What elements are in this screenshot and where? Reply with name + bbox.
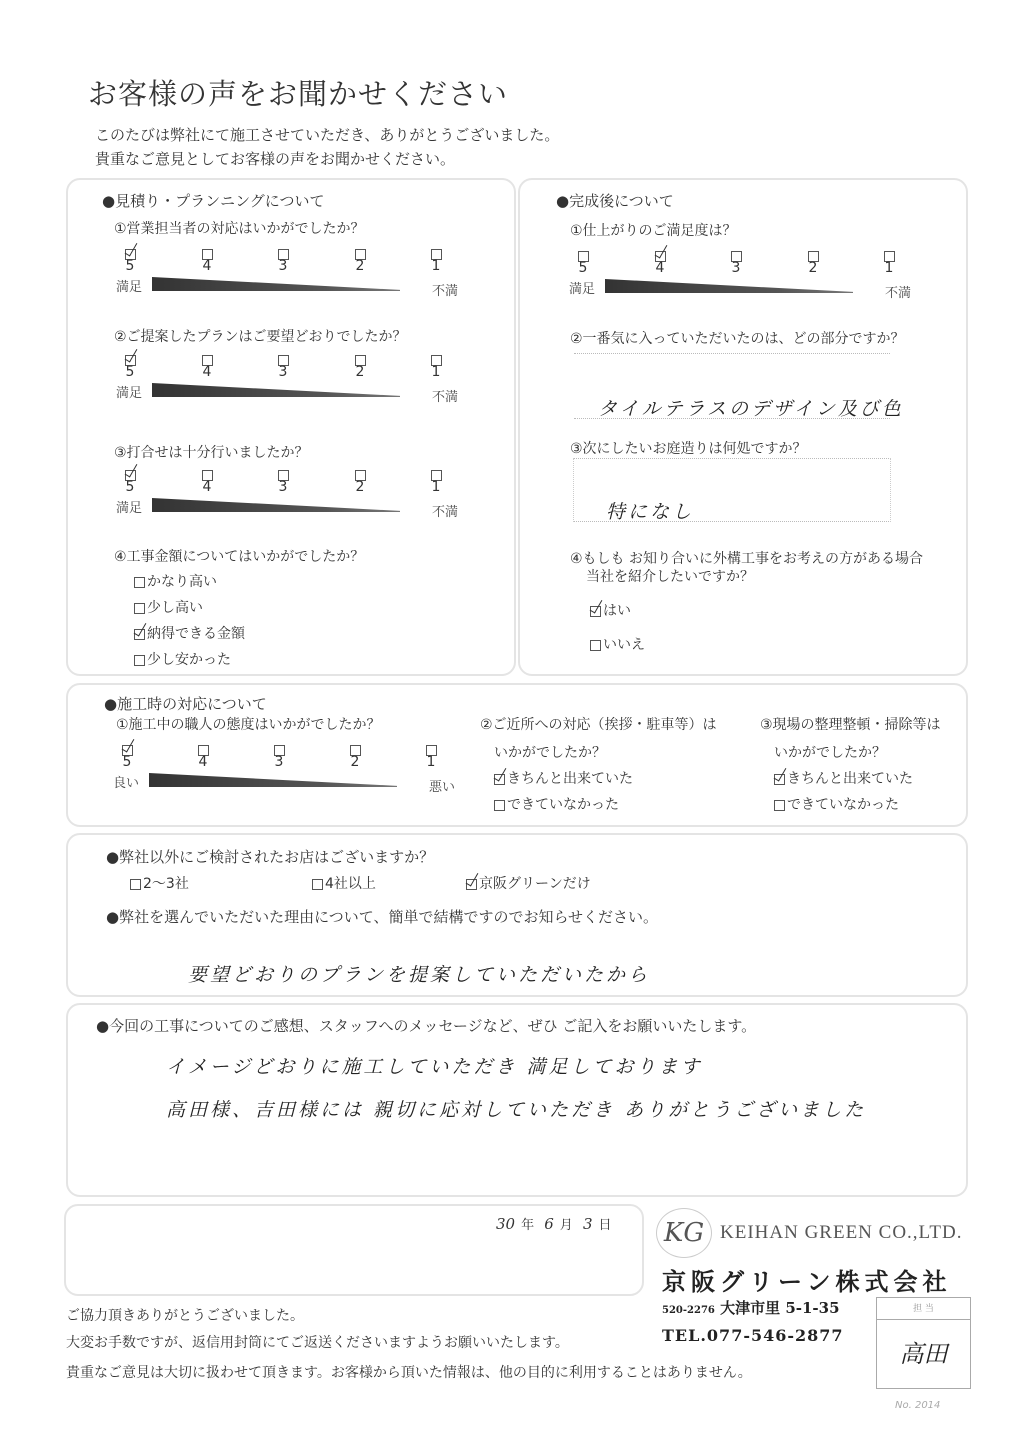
estimate-q1-scale: 5 4 3 2 1 満足 不満 (120, 244, 450, 304)
scale-label-unsatisfied: 不満 (432, 386, 458, 405)
rating-number: 2 (350, 258, 370, 274)
price-option-very-high[interactable]: かなり高い (134, 571, 217, 591)
company-logo-mark: KG (656, 1208, 712, 1258)
rating-number: 1 (879, 260, 899, 276)
estimate-q3-label: ③打合せは十分行いましたか？ (114, 442, 309, 462)
checkbox[interactable] (494, 800, 505, 811)
scale-gradient-wedge (149, 773, 397, 787)
checkbox[interactable] (494, 774, 505, 785)
date-year: 30 (496, 1215, 515, 1233)
scale-label-unsatisfied: 不満 (885, 282, 911, 301)
rating-number: 5 (117, 754, 137, 770)
checkbox[interactable] (134, 603, 145, 614)
scale-label-satisfied: 満足 (116, 497, 142, 516)
company-logo-text: KEIHAN GREEN CO.,LTD. (720, 1222, 962, 1244)
scale-gradient-wedge (152, 383, 400, 397)
checkbox[interactable] (134, 577, 145, 588)
completion-q2-label: ②一番気に入っていただいたのは、どの部分ですか？ (570, 328, 905, 348)
checkbox[interactable] (130, 879, 141, 890)
rating-number: 2 (345, 754, 365, 770)
referral-option-yes[interactable]: はい (590, 600, 631, 620)
favorite-part-answer: タイルテラスのデザイン及び色 (598, 394, 904, 421)
scale-label-satisfied: 満足 (116, 382, 142, 401)
rating-number: 5 (120, 479, 140, 495)
checkbox[interactable] (774, 774, 785, 785)
rating-number: 3 (269, 754, 289, 770)
footer-privacy: 貴重なご意見は大切に扱わせて頂きます。お客様から頂いた情報は、他の目的に利用する… (66, 1362, 752, 1382)
rating-number: 3 (726, 260, 746, 276)
rating-number: 1 (426, 258, 446, 274)
estimate-q3-scale: 5 4 3 2 1 満足 不満 (120, 465, 450, 525)
rating-number: 5 (120, 364, 140, 380)
stamp-header: 担 当 (877, 1298, 970, 1320)
estimate-q1-label: ①営業担当者の対応はいかがでしたか？ (114, 218, 365, 238)
rating-number: 1 (426, 364, 446, 380)
rating-number: 3 (273, 479, 293, 495)
shops-option-2-3[interactable]: 2～3社 (130, 873, 189, 893)
other-shops-heading: ●弊社以外にご検討されたお店はございますか？ (106, 846, 434, 867)
referral-option-no[interactable]: いいえ (590, 634, 645, 654)
construction-q3-label-1: ③現場の整理整頓・掃除等は (760, 714, 941, 734)
rating-number: 4 (197, 479, 217, 495)
footer-thanks: ご協力頂きありがとうございました。 (66, 1305, 304, 1325)
neighbor-option-good[interactable]: きちんと出来ていた (494, 768, 633, 788)
construction-q3-label-2: いかがでしたか？ (774, 742, 886, 762)
completion-q3-label: ③次にしたいお庭造りは何処ですか？ (570, 438, 807, 458)
estimate-heading: ●見積り・プランニングについて (102, 190, 325, 211)
rating-number: 3 (273, 364, 293, 380)
reason-answer: 要望どおりのプランを提案していただいたから (188, 960, 650, 987)
rating-number: 1 (421, 754, 441, 770)
company-zip: 520-2276 (662, 1305, 715, 1316)
estimate-q2-label: ②ご提案したプランはご要望どおりでしたか？ (114, 326, 407, 346)
rating-number: 4 (197, 258, 217, 274)
checkbox[interactable] (312, 879, 323, 890)
completion-q4-label-1: ④もしも お知り合いに外構工事をお考えの方がある場合 (570, 548, 923, 568)
scale-label-unsatisfied: 不満 (432, 280, 458, 299)
staff-stamp-box: 担 当 高田 (876, 1297, 971, 1389)
date-day: 3 (583, 1215, 593, 1233)
completion-q4-label-2: 当社を紹介したいですか？ (586, 566, 754, 586)
checkbox[interactable] (134, 655, 145, 666)
rating-number: 4 (193, 754, 213, 770)
price-option-slightly-cheap[interactable]: 少し安かった (134, 649, 231, 669)
scale-gradient-wedge (152, 277, 400, 291)
rating-number: 2 (350, 364, 370, 380)
rating-number: 4 (650, 260, 670, 276)
checkbox[interactable] (774, 800, 785, 811)
rating-number: 4 (197, 364, 217, 380)
checkbox[interactable] (466, 879, 477, 890)
page-title: お客様の声をお聞かせください (88, 72, 508, 113)
rating-number: 5 (573, 260, 593, 276)
construction-q2-label-2: いかがでしたか？ (494, 742, 606, 762)
price-option-reasonable[interactable]: 納得できる金額 (134, 623, 245, 643)
scale-gradient-wedge (605, 279, 853, 293)
company-tel: TEL.077-546-2877 (662, 1326, 844, 1345)
date: 30年 6月 3日 (490, 1214, 612, 1233)
checkbox[interactable] (590, 606, 601, 617)
rating-number: 5 (120, 258, 140, 274)
completion-q1-scale: 5 4 3 2 1 満足 不満 (573, 246, 903, 306)
cleanup-option-poor[interactable]: できていなかった (774, 794, 899, 814)
scale-label-satisfied: 満足 (569, 278, 595, 297)
checkbox[interactable] (134, 629, 145, 640)
price-option-slightly-high[interactable]: 少し高い (134, 597, 203, 617)
company-address: 520-2276 大津市里 5-1-35 (662, 1297, 840, 1318)
completion-heading: ●完成後について (556, 190, 674, 211)
comments-heading: ●今回の工事についてのご感想、スタッフへのメッセージなど、ぜひ ご記入をお願いい… (96, 1015, 756, 1036)
rating-number: 2 (350, 479, 370, 495)
comment-line-2: 高田様、吉田様には 親切に応対していただき ありがとうございました (166, 1095, 866, 1122)
completion-q1-label: ①仕上がりのご満足度は？ (570, 220, 737, 240)
comment-line-1: イメージどおりに施工していただき 満足しております (166, 1052, 702, 1079)
scale-label-bad: 悪い (429, 776, 455, 795)
rating-number: 2 (803, 260, 823, 276)
cleanup-option-good[interactable]: きちんと出来ていた (774, 768, 913, 788)
estimate-q4-label: ④工事金額についてはいかがでしたか？ (114, 546, 364, 566)
scale-gradient-wedge (152, 498, 400, 512)
shops-option-4plus[interactable]: 4社以上 (312, 873, 376, 893)
reason-heading: ●弊社を選んでいただいた理由について、簡単で結構ですのでお知らせください。 (106, 906, 658, 927)
neighbor-option-poor[interactable]: できていなかった (494, 794, 619, 814)
intro-line-1: このたびは弊社にて施工させていただき、ありがとうございました。 (95, 124, 559, 145)
shops-option-keihan-only[interactable]: 京阪グリーンだけ (466, 873, 591, 893)
date-month: 6 (544, 1215, 554, 1233)
estimate-q2-scale: 5 4 3 2 1 満足 不満 (120, 350, 450, 410)
rating-number: 1 (426, 479, 446, 495)
footer-request: 大変お手数ですが、返信用封筒にてご返送くださいますようお願いいたします。 (66, 1332, 569, 1352)
staff-signature: 高田 (877, 1334, 970, 1369)
construction-q2-label-1: ②ご近所への対応（挨拶・駐車等）は (480, 714, 717, 734)
checkbox[interactable] (590, 640, 601, 651)
scale-label-good: 良い (113, 772, 139, 791)
scale-label-satisfied: 満足 (116, 276, 142, 295)
scale-label-unsatisfied: 不満 (432, 501, 458, 520)
construction-heading: ●施工時の対応について (104, 693, 267, 714)
intro-line-2: 貴重なご意見としてお客様の声をお聞かせください。 (95, 148, 455, 169)
construction-q1-scale: 5 4 3 2 1 良い 悪い (117, 740, 447, 800)
company-name: 京阪グリーン株式会社 (662, 1262, 952, 1297)
next-garden-answer: 特になし (606, 497, 694, 524)
construction-q1-label: ①施工中の職人の態度はいかがでしたか？ (116, 714, 381, 734)
rating-number: 3 (273, 258, 293, 274)
serial-number: No. 2014 (895, 1400, 940, 1411)
